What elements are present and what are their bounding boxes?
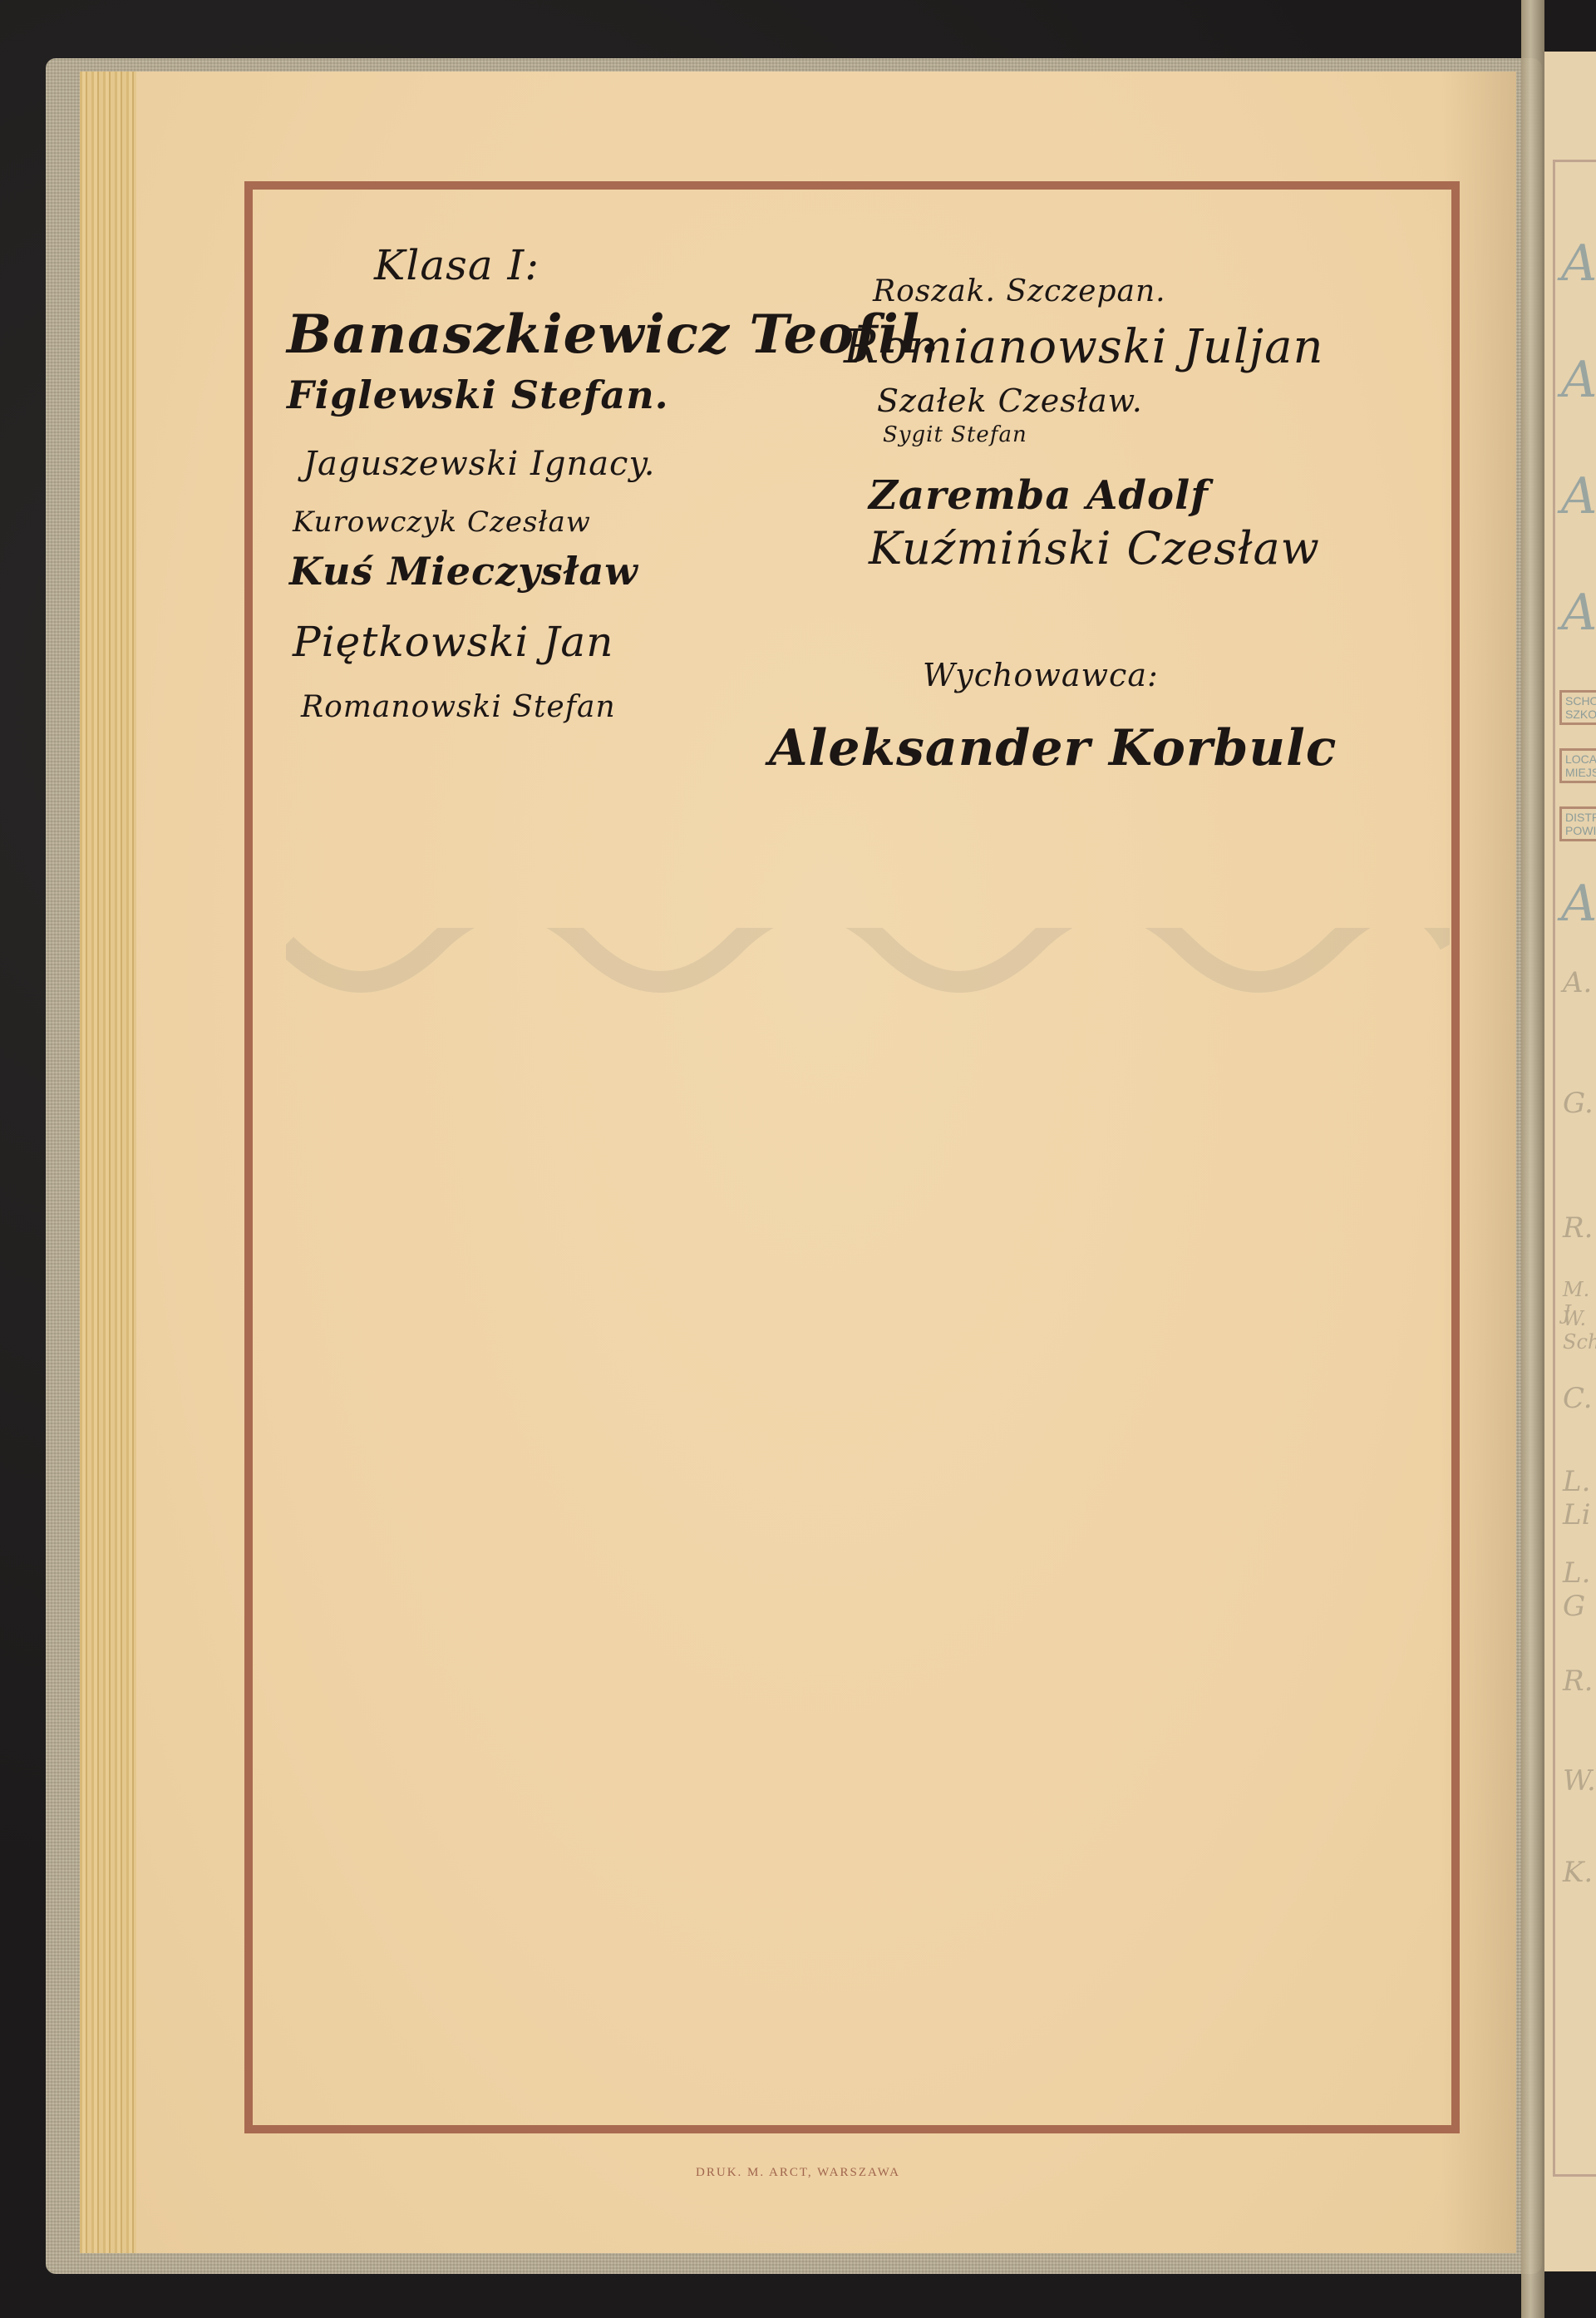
decorative-initial: A — [1561, 467, 1596, 525]
educator-signature: Aleksander Korbulc — [769, 719, 1337, 777]
faded-handwriting: L. G — [1563, 1556, 1596, 1623]
decorative-initial: A — [1561, 584, 1596, 642]
neighbor-label-box: LOCAL MIEJSC — [1559, 748, 1596, 783]
decorative-initial: A — [1561, 234, 1596, 293]
box-line: DISTRI — [1565, 811, 1596, 824]
faded-handwriting: L. Li — [1563, 1465, 1596, 1531]
signature-name: Kuźmiński Czesław — [869, 522, 1320, 575]
faded-handwriting: R. — [1563, 1665, 1593, 1698]
printer-mark: DRUK. M. ARCT, WARSZAWA — [0, 2166, 1596, 2180]
signature-name: Szałek Czesław. — [877, 382, 1143, 419]
faded-handwriting: K. — [1563, 1856, 1593, 1889]
box-line: SZKOŁ — [1565, 708, 1596, 721]
signature-name: Kurowczyk Czesław — [293, 506, 591, 539]
neighbor-label-box: SCHOO SZKOŁ — [1559, 690, 1596, 725]
box-line: SCHOO — [1565, 694, 1596, 708]
class-heading: Klasa I: — [374, 241, 539, 289]
box-line: MIEJSC — [1565, 766, 1596, 779]
signature-name: Jaguszewski Ignacy. — [303, 445, 655, 483]
faded-handwriting: C. — [1563, 1382, 1593, 1415]
faded-handwriting: G. — [1563, 1087, 1594, 1120]
faded-handwriting: R. — [1563, 1211, 1593, 1245]
box-line: LOCAL — [1565, 752, 1596, 766]
educator-label: Wychowawca: — [923, 657, 1159, 693]
faded-handwriting: A. — [1563, 966, 1592, 999]
signature-name: Romanowski Stefan — [301, 690, 616, 724]
box-line: POWIA — [1565, 824, 1596, 837]
neighbor-label-box: DISTRI POWIA — [1559, 806, 1596, 841]
signature-name: Piętkowski Jan — [293, 618, 613, 666]
page-stack-edge — [80, 72, 138, 2253]
signature-name: Zaremba Adolf — [869, 472, 1209, 519]
book-gutter-spine — [1521, 0, 1544, 2318]
neighbor-page-edge: A A A A SCHOO SZKOŁ LOCAL MIEJSC DISTRI … — [1544, 52, 1596, 2271]
signature-name: Romianowski Juljan — [844, 320, 1324, 374]
signature-name: Figlewski Stefan. — [287, 372, 669, 417]
decorative-initial: A — [1561, 351, 1596, 409]
signature-name: Banaszkiewicz Teofil. — [287, 303, 939, 366]
faded-handwriting: W. Sch — [1563, 1307, 1596, 1354]
decorative-initial: A — [1561, 875, 1596, 933]
faded-handwriting: W. — [1563, 1764, 1596, 1798]
signature-name: Roszak. Szczepan. — [873, 274, 1166, 308]
signature-name: Sygit Stefan — [883, 422, 1027, 447]
signature-name: Kuś Mieczysław — [289, 549, 638, 594]
